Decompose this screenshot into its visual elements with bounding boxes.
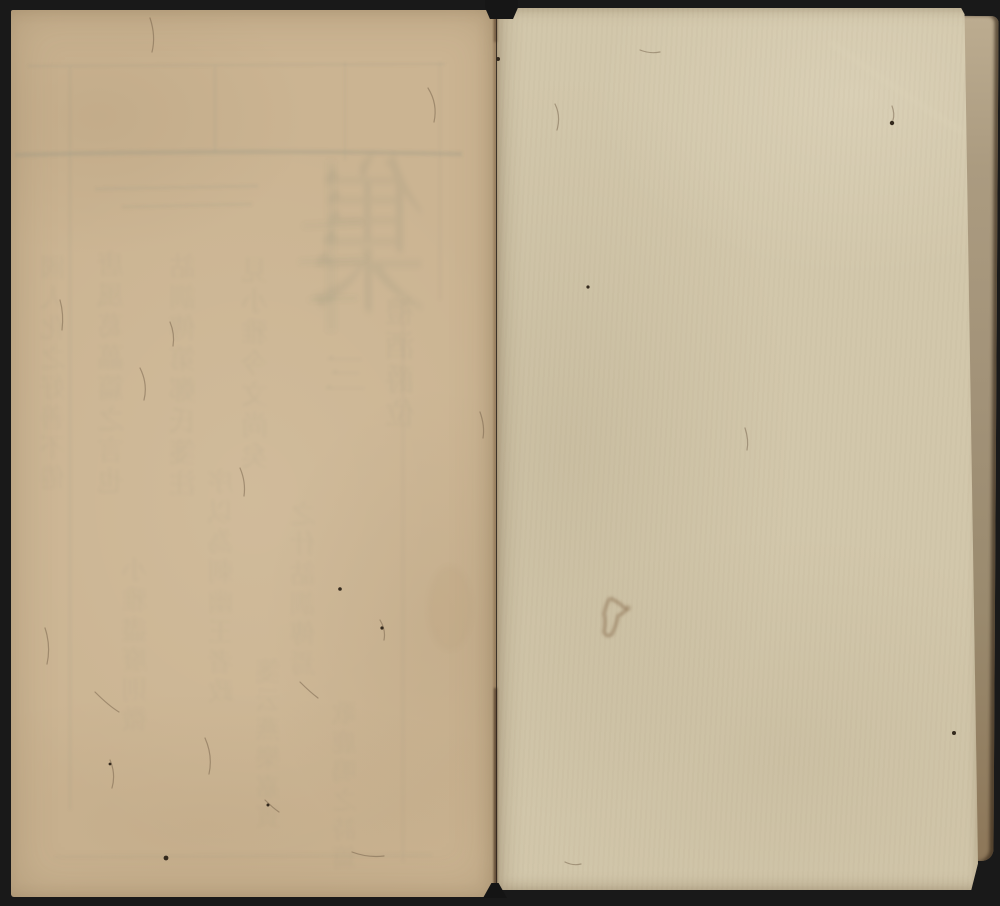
gutter-dark-segment <box>494 688 497 888</box>
left-page-verso-showthrough <box>11 10 496 897</box>
top-gap-notch <box>485 0 518 19</box>
book-scan: 集 三 禮酒爵位 見小雅今文尚矣 詁訓傳第鄭氏箋注 唐風葛藟篇之言也 國人化之好… <box>0 0 1000 906</box>
right-page-recto-blank <box>497 8 978 890</box>
